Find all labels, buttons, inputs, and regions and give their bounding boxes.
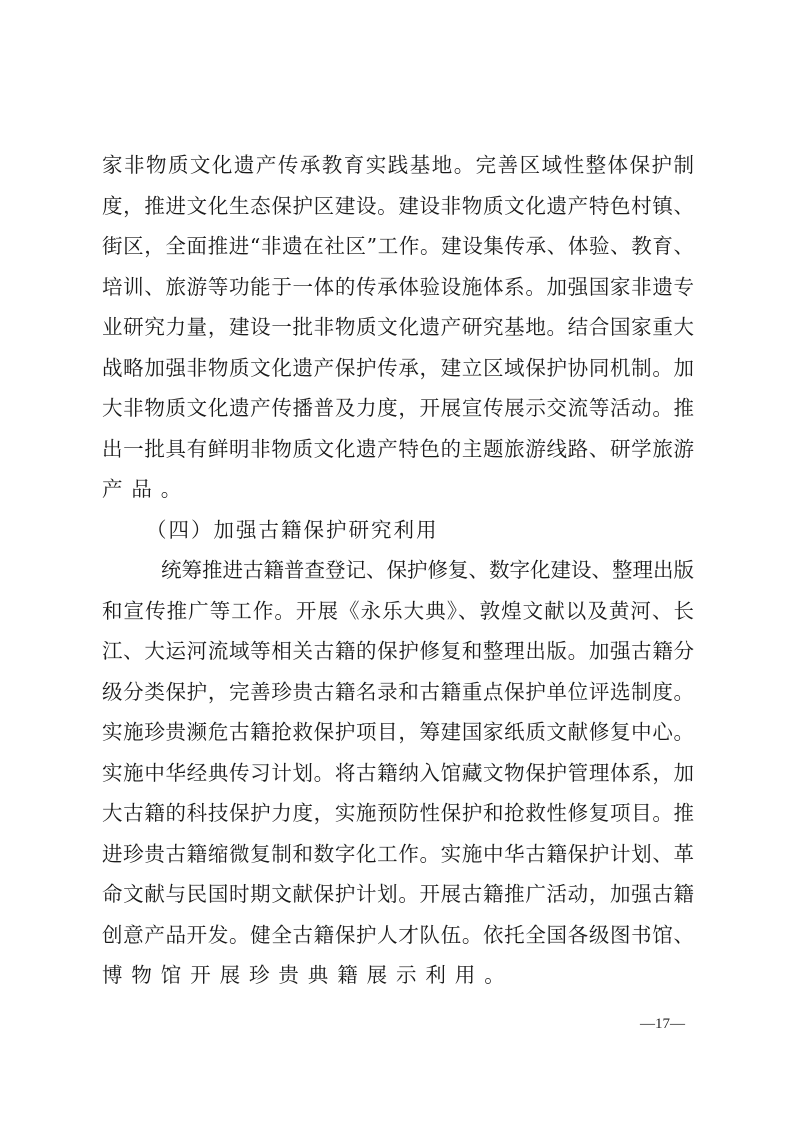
text-line: 实施中华经典传习计划。将古籍纳入馆藏文物保护管理体系，加 bbox=[102, 753, 694, 794]
text-line: 街区，全面推进“非遗在社区”工作。建设集传承、体验、教育、 bbox=[102, 226, 694, 267]
text-line: 江、大运河流域等相关古籍的保护修复和整理出版。加强古籍分 bbox=[102, 631, 694, 672]
text-line: 实施珍贵濒危古籍抢救保护项目，筹建国家纸质文献修复中心。 bbox=[102, 712, 694, 753]
text-line: 进珍贵古籍缩微复制和数字化工作。实施中华古籍保护计划、革 bbox=[102, 834, 694, 875]
text-line: 命文献与民国时期文献保护计划。开展古籍推广活动，加强古籍 bbox=[102, 874, 694, 915]
paragraph-intangible-heritage: 家非物质文化遗产传承教育实践基地。完善区域性整体保护制 度，推进文化生态保护区建… bbox=[102, 145, 694, 510]
text-line: 博物馆开展珍贵典籍展示利用。 bbox=[102, 955, 694, 996]
text-line: 业研究力量，建设一批非物质文化遗产研究基地。结合国家重大 bbox=[102, 307, 694, 348]
text-line: 级分类保护，完善珍贵古籍名录和古籍重点保护单位评选制度。 bbox=[102, 672, 694, 713]
text-line: 大古籍的科技保护力度，实施预防性保护和抢救性修复项目。推 bbox=[102, 793, 694, 834]
text-line: 和宣传推广等工作。开展《永乐大典》、敦煌文献以及黄河、长 bbox=[102, 591, 694, 632]
document-body: 家非物质文化遗产传承教育实践基地。完善区域性整体保护制 度，推进文化生态保护区建… bbox=[102, 145, 694, 996]
paragraph-ancient-books: 统筹推进古籍普查登记、保护修复、数字化建设、整理出版 和宣传推广等工作。开展《永… bbox=[102, 550, 694, 996]
document-page: 家非物质文化遗产传承教育实践基地。完善区域性整体保护制 度，推进文化生态保护区建… bbox=[0, 0, 793, 1122]
text-line: 出一批具有鲜明非物质文化遗产特色的主题旅游线路、研学旅游 bbox=[102, 429, 694, 470]
page-number: —17— bbox=[640, 1016, 700, 1033]
text-line: 家非物质文化遗产传承教育实践基地。完善区域性整体保护制 bbox=[102, 145, 694, 186]
section-heading: （四）加强古籍保护研究利用 bbox=[102, 510, 694, 551]
text-line: 产品。 bbox=[102, 469, 694, 510]
text-line: 培训、旅游等功能于一体的传承体验设施体系。加强国家非遗专 bbox=[102, 267, 694, 308]
text-line: 创意产品开发。健全古籍保护人才队伍。依托全国各级图书馆、 bbox=[102, 915, 694, 956]
text-line: 大非物质文化遗产传播普及力度，开展宣传展示交流等活动。推 bbox=[102, 388, 694, 429]
text-line: 统筹推进古籍普查登记、保护修复、数字化建设、整理出版 bbox=[102, 550, 694, 591]
text-line: 度，推进文化生态保护区建设。建设非物质文化遗产特色村镇、 bbox=[102, 186, 694, 227]
text-line: 战略加强非物质文化遗产保护传承，建立区域保护协同机制。加 bbox=[102, 348, 694, 389]
